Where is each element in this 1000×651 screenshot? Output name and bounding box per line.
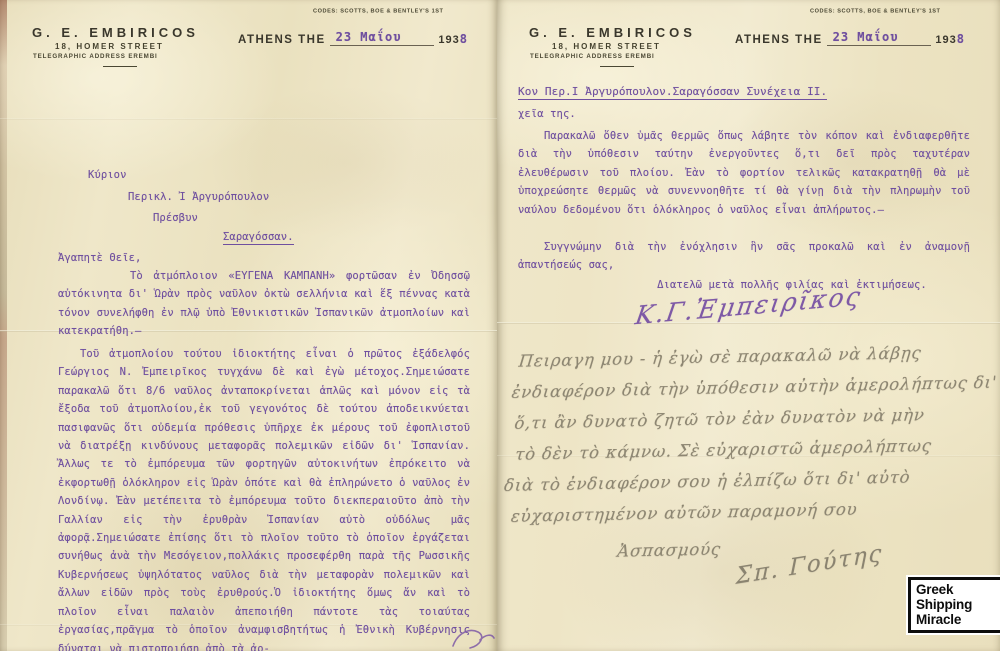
letterhead-rule <box>600 66 634 67</box>
watermark-line: Miracle <box>916 612 998 627</box>
body-paragraph-2: Τοῦ ἀτμοπλοίου τούτου ἰδιοκτήτης εἶναι ὁ… <box>58 345 470 651</box>
crease-line <box>0 118 497 120</box>
continuation-word: χεῖα της. <box>518 105 576 123</box>
ink-initial-mark <box>450 626 496 651</box>
dateline: ATHENS THE 23 Μαΐου 1938 <box>238 30 468 46</box>
letterhead-telegraphic: TELEGRAPHIC ADDRESS EREMBI <box>33 53 158 60</box>
letterhead-telegraphic: TELEGRAPHIC ADDRESS EREMBI <box>530 53 655 60</box>
body-paragraph-1: Τὸ ἀτμόπλοιον «ΕΥΓΕΝΑ ΚΑΜΠΑΝΗ» φορτῶσαν … <box>58 267 470 341</box>
letterhead-company: G. E. EMBIRICOS <box>529 25 696 40</box>
body-paragraph-1: Παρακαλῶ ὅθεν ὑμᾶς θερμῶς ὅπως λάβητε τὸ… <box>518 127 970 219</box>
dateline: ATHENS THE 23 Μαΐου 1938 <box>735 30 965 46</box>
year-printed: 193 <box>438 34 459 46</box>
addressee-city: Σαραγόσσαν. <box>223 231 294 245</box>
year-printed: 193 <box>935 34 956 46</box>
handwritten-closing: Ἀσπασμούς <box>497 528 965 569</box>
year-typed: 8 <box>460 32 468 46</box>
fold-crease <box>497 322 1000 324</box>
date-prefix: ATHENS THE <box>735 34 823 46</box>
letterhead-street: 18, HOMER STREET <box>552 42 661 51</box>
letterhead-codes: CODES: SCOTTS, BOE & BENTLEY'S 1ST <box>810 8 941 14</box>
handwritten-postscript: Πειραγη μου - ἡ ἐγὼ σὲ παρακαλῶ νὰ λάβῃς… <box>497 336 984 569</box>
salutation: Ἀγαπητὲ Θεῖε, <box>58 249 141 267</box>
scan-edge-artifact <box>0 0 7 651</box>
letterhead-street: 18, HOMER STREET <box>55 42 164 51</box>
addressee-title: Κύριον <box>88 166 127 184</box>
year: 1938 <box>438 32 468 46</box>
typed-date: 23 Μαΐου <box>833 30 899 44</box>
watermark-line: Shipping <box>916 597 998 612</box>
letterhead-codes: CODES: SCOTTS, BOE & BENTLEY'S 1ST <box>313 8 444 14</box>
letter-page-1: G. E. EMBIRICOS 18, HOMER STREET TELEGRA… <box>0 0 497 651</box>
watermark-line: Greek <box>916 582 998 597</box>
body-paragraph-2: Συγγνώμην διὰ τὴν ἐνόχλησιν ἣν σᾶς προκα… <box>518 238 970 275</box>
addressee-role: Πρέσβυν <box>153 209 198 227</box>
year-typed: 8 <box>957 32 965 46</box>
date-prefix: ATHENS THE <box>238 34 326 46</box>
letterhead-company: G. E. EMBIRICOS <box>32 25 199 40</box>
continuation-header: Κον Περ.Ι Ἀργυρόπουλον.Σαραγόσσαν Συνέχε… <box>518 85 827 100</box>
letterhead-rule <box>103 66 137 67</box>
addressee-name: Περικλ. Ἰ Ἀργυρόπουλον <box>128 188 269 206</box>
year: 1938 <box>935 32 965 46</box>
typed-date: 23 Μαΐου <box>336 30 402 44</box>
date-underline: 23 Μαΐου <box>827 30 932 46</box>
letter-page-2: G. E. EMBIRICOS 18, HOMER STREET TELEGRA… <box>497 0 1000 651</box>
watermark-logo: Greek Shipping Miracle <box>908 577 1000 633</box>
date-underline: 23 Μαΐου <box>330 30 435 46</box>
